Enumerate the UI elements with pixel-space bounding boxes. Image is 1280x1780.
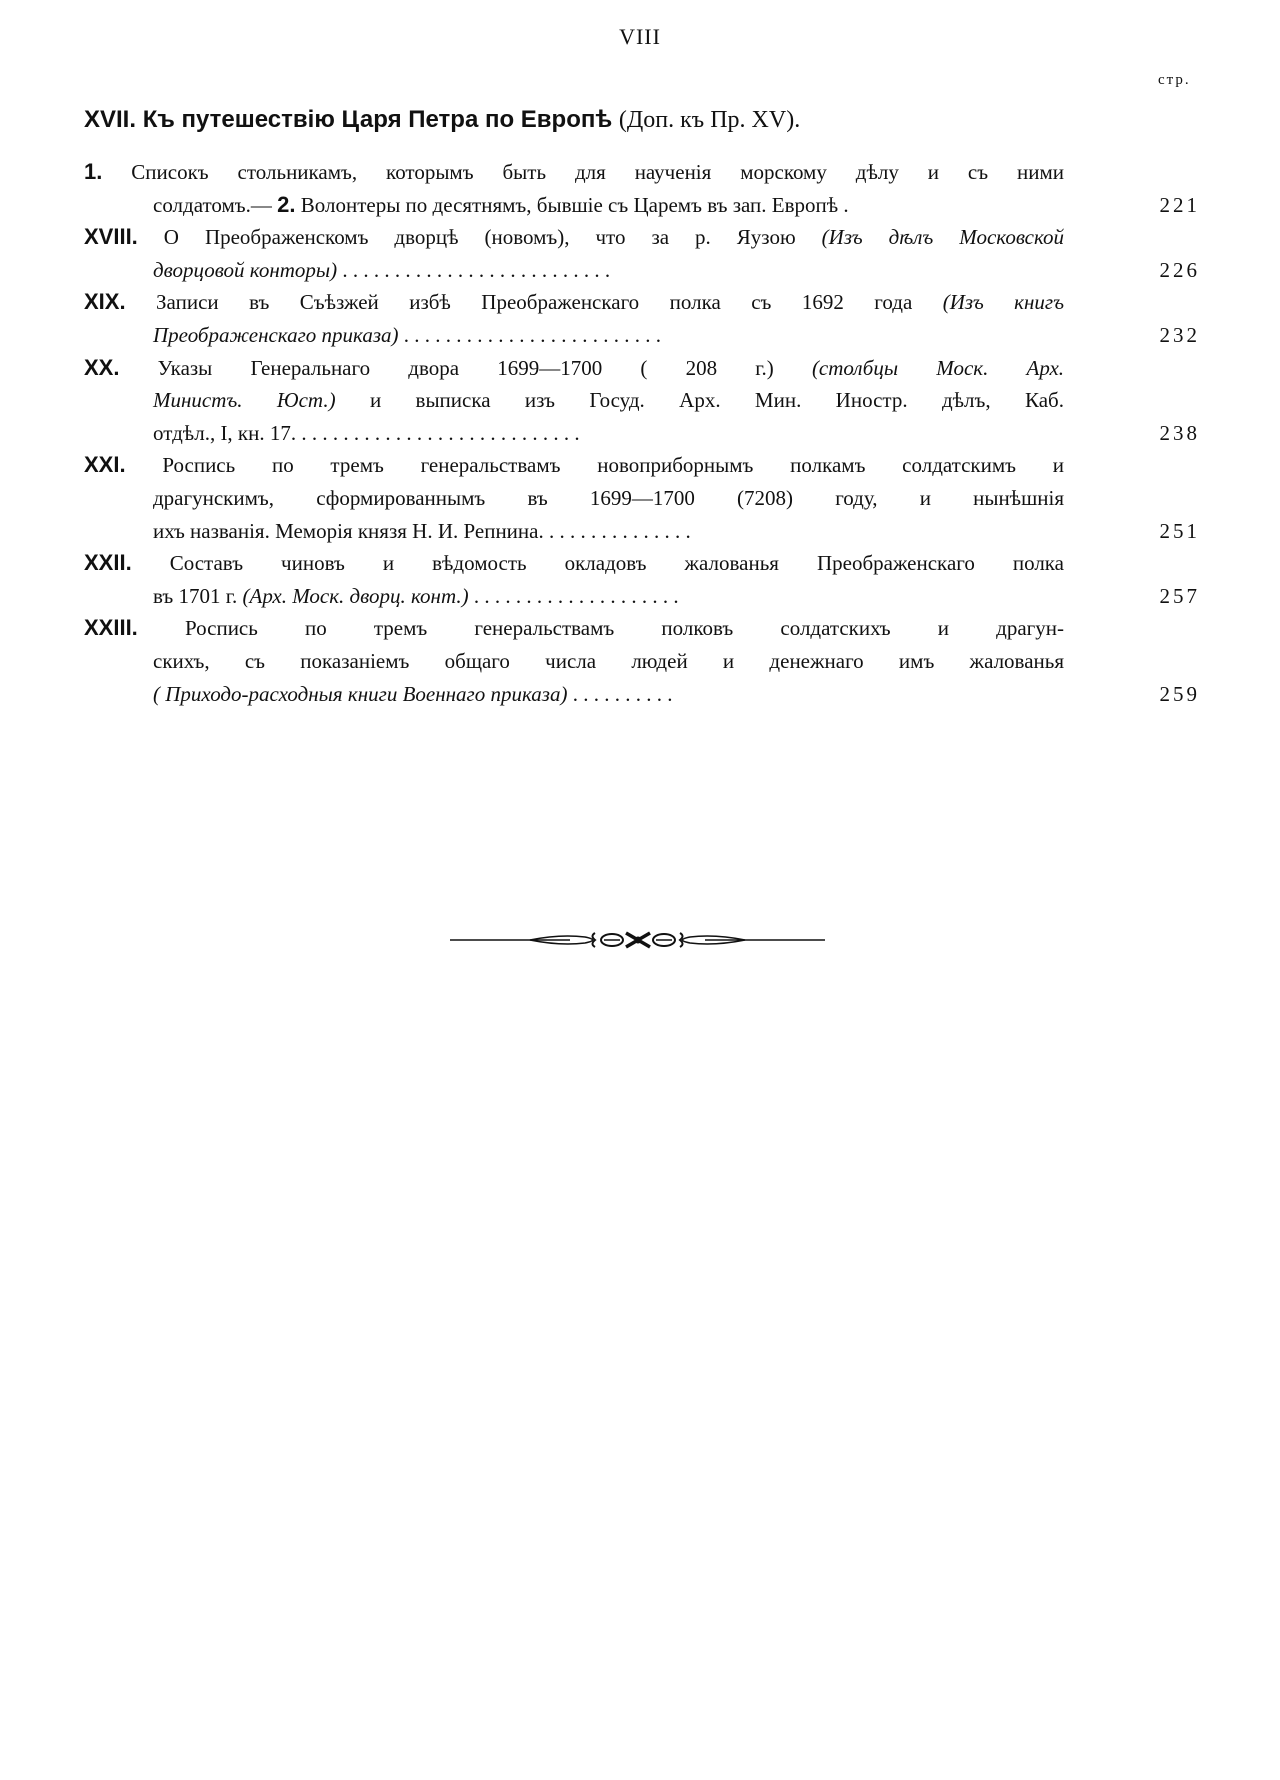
entry-number: XXIII. (84, 615, 138, 640)
entry-text: Составъ чиновъ и вѣдомость окладовъ жало… (170, 551, 1064, 575)
entry-text: Роспись по тремъ генеральствамъ новоприб… (162, 453, 1064, 477)
toc-entry-text: ихъ названія. Меморія князя Н. И. Репнин… (153, 515, 1064, 548)
section-heading: XVII. Къ путешествію Царя Петра по Европ… (84, 106, 1184, 134)
entry-number: 1. (84, 159, 102, 184)
toc-entry[interactable]: XIX. Записи въ Съѣзжей избѣ Преображенск… (84, 286, 1200, 351)
entry-number: XXII. (84, 550, 132, 575)
entry-text: скихъ, съ показаніемъ общаго числа людей… (153, 649, 1064, 673)
toc-entry-text: XXI. Роспись по тремъ генеральствамъ нов… (84, 449, 1064, 482)
page-column-label: стр. (1158, 72, 1191, 89)
leader-dots: . . . . . . . . . . . . . . . . . . . . (474, 584, 679, 608)
leader-dots: . . . . . . . . . . . . . . . . . . . . … (342, 258, 610, 282)
toc-entry-line: XIX. Записи въ Съѣзжей избѣ Преображенск… (84, 286, 1200, 319)
page-reference[interactable]: 226 (1120, 254, 1200, 287)
entry-text: Указы Генеральнаго двора 1699—1700 ( 208… (158, 356, 774, 380)
toc-entry-line: драгунскимъ, сформированнымъ въ 1699—170… (84, 482, 1200, 515)
leader-dots: . . . . . . . . . . . . . . . . . . . . … (404, 323, 661, 347)
source-reference: (столбцы Моск. Арх. (812, 356, 1064, 380)
section-note: (Доп. къ Пр. XV). (619, 107, 800, 133)
table-of-contents: 1. Списокъ стольникамъ, которымъ быть дл… (84, 156, 1200, 710)
toc-entry-line: XVIII. О Преображенскомъ дворцѣ (новомъ)… (84, 221, 1200, 254)
page-reference[interactable]: 257 (1120, 580, 1200, 613)
leader-dots: . . . . . . . . . . . . . . . . . . . . … (301, 421, 579, 445)
page-reference[interactable]: 232 (1120, 319, 1200, 352)
toc-entry-text: XXII. Составъ чиновъ и вѣдомость окладов… (84, 547, 1064, 580)
toc-entry-line: скихъ, съ показаніемъ общаго числа людей… (84, 645, 1200, 678)
toc-entry-text: XX. Указы Генеральнаго двора 1699—1700 (… (84, 352, 1064, 385)
source-reference: Министъ. Юст.) (153, 388, 336, 412)
entry-text: Записи въ Съѣзжей избѣ Преображенскаго п… (156, 290, 912, 314)
source-reference: (Изъ дѣлъ Московской (822, 225, 1064, 249)
toc-entry-line: Министъ. Юст.) и выписка изъ Госуд. Арх.… (84, 384, 1200, 417)
section-title: Къ путешествію Царя Петра по Европѣ (143, 106, 613, 133)
entry-text: въ 1701 г. (153, 584, 237, 608)
page-number: VIII (0, 24, 1280, 50)
toc-entry-line: дворцовой конторы) . . . . . . . . . . .… (84, 254, 1200, 287)
source-reference: (Арх. Моск. дворц. конт.) (243, 584, 469, 608)
toc-entry-text: въ 1701 г. (Арх. Моск. дворц. конт.) . .… (153, 580, 1064, 613)
entry-number: XXI. (84, 452, 126, 477)
toc-entry-text: ( Приходо-расходныя книги Военнаго прика… (153, 678, 1064, 711)
toc-entry-line: Преображенскаго приказа) . . . . . . . .… (84, 319, 1200, 352)
page-reference[interactable]: 259 (1120, 678, 1200, 711)
source-reference: Преображенскаго приказа) (153, 323, 399, 347)
entry-text: и выписка изъ Госуд. Арх. Мин. Иностр. д… (370, 388, 1064, 412)
flourish-divider-icon (450, 925, 825, 955)
entry-text: отдѣл., I, кн. 17. (153, 421, 296, 445)
toc-entry-line: ( Приходо-расходныя книги Военнаго прика… (84, 678, 1200, 711)
page-reference[interactable]: 238 (1120, 417, 1200, 450)
toc-entry-line: XXI. Роспись по тремъ генеральствамъ нов… (84, 449, 1200, 482)
toc-entry[interactable]: XXI. Роспись по тремъ генеральствамъ нов… (84, 449, 1200, 547)
entry-text: О Преображенскомъ дворцѣ (новомъ), что з… (164, 225, 796, 249)
entry-text: ихъ названія. Меморія князя Н. И. Репнин… (153, 519, 544, 543)
entry-number: 2. (277, 192, 295, 217)
page-reference[interactable]: 251 (1120, 515, 1200, 548)
toc-entry-text: Преображенскаго приказа) . . . . . . . .… (153, 319, 1064, 352)
toc-entry-text: отдѣл., I, кн. 17. . . . . . . . . . . .… (153, 417, 1064, 450)
toc-entry[interactable]: 1. Списокъ стольникамъ, которымъ быть дл… (84, 156, 1200, 221)
entry-number: XIX. (84, 289, 126, 314)
toc-entry-line: ихъ названія. Меморія князя Н. И. Репнин… (84, 515, 1200, 548)
entry-number: XVIII. (84, 224, 138, 249)
source-reference: ( Приходо-расходныя книги Военнаго прика… (153, 682, 567, 706)
toc-entry-line: отдѣл., I, кн. 17. . . . . . . . . . . .… (84, 417, 1200, 450)
toc-entry-text: дворцовой конторы) . . . . . . . . . . .… (153, 254, 1064, 287)
entry-text: солдатомъ.— (153, 193, 272, 217)
toc-entry-line: солдатомъ.— 2. Волонтеры по десятнямъ, б… (84, 189, 1200, 222)
entry-text: драгунскимъ, сформированнымъ въ 1699—170… (153, 486, 1064, 510)
source-reference: (Изъ книгъ (943, 290, 1064, 314)
toc-entry-text: скихъ, съ показаніемъ общаго числа людей… (153, 645, 1064, 678)
source-reference: дворцовой конторы) (153, 258, 337, 282)
toc-entry-text: солдатомъ.— 2. Волонтеры по десятнямъ, б… (153, 189, 1064, 222)
leader-dots: . . . . . . . . . . . . . . (549, 519, 691, 543)
toc-entry-line: 1. Списокъ стольникамъ, которымъ быть дл… (84, 156, 1200, 189)
toc-entry-text: драгунскимъ, сформированнымъ въ 1699—170… (153, 482, 1064, 515)
toc-entry[interactable]: XXII. Составъ чиновъ и вѣдомость окладов… (84, 547, 1200, 612)
toc-entry-line: XXIII. Роспись по тремъ генеральствамъ п… (84, 612, 1200, 645)
toc-entry[interactable]: XVIII. О Преображенскомъ дворцѣ (новомъ)… (84, 221, 1200, 286)
toc-entry-line: XXII. Составъ чиновъ и вѣдомость окладов… (84, 547, 1200, 580)
toc-entry-text: 1. Списокъ стольникамъ, которымъ быть дл… (84, 156, 1064, 189)
toc-entry-text: XIX. Записи въ Съѣзжей избѣ Преображенск… (84, 286, 1064, 319)
entry-number: XX. (84, 355, 119, 380)
page-reference[interactable]: 221 (1120, 189, 1200, 222)
toc-entry[interactable]: XX. Указы Генеральнаго двора 1699—1700 (… (84, 352, 1200, 450)
entry-text: Роспись по тремъ генеральствамъ полковъ … (185, 616, 1064, 640)
leader-dots: . . . . . . . . . . (573, 682, 673, 706)
entry-text: Волонтеры по десятнямъ, бывшіе съ Царемъ… (301, 193, 849, 217)
toc-entry[interactable]: XXIII. Роспись по тремъ генеральствамъ п… (84, 612, 1200, 710)
toc-entry-text: Министъ. Юст.) и выписка изъ Госуд. Арх.… (153, 384, 1064, 417)
toc-entry-text: XVIII. О Преображенскомъ дворцѣ (новомъ)… (84, 221, 1064, 254)
entry-text: Списокъ стольникамъ, которымъ быть для н… (131, 160, 1064, 184)
toc-entry-text: XXIII. Роспись по тремъ генеральствамъ п… (84, 612, 1064, 645)
toc-entry-line: въ 1701 г. (Арх. Моск. дворц. конт.) . .… (84, 580, 1200, 613)
section-roman-numeral: XVII. (84, 106, 136, 133)
toc-entry-line: XX. Указы Генеральнаго двора 1699—1700 (… (84, 352, 1200, 385)
